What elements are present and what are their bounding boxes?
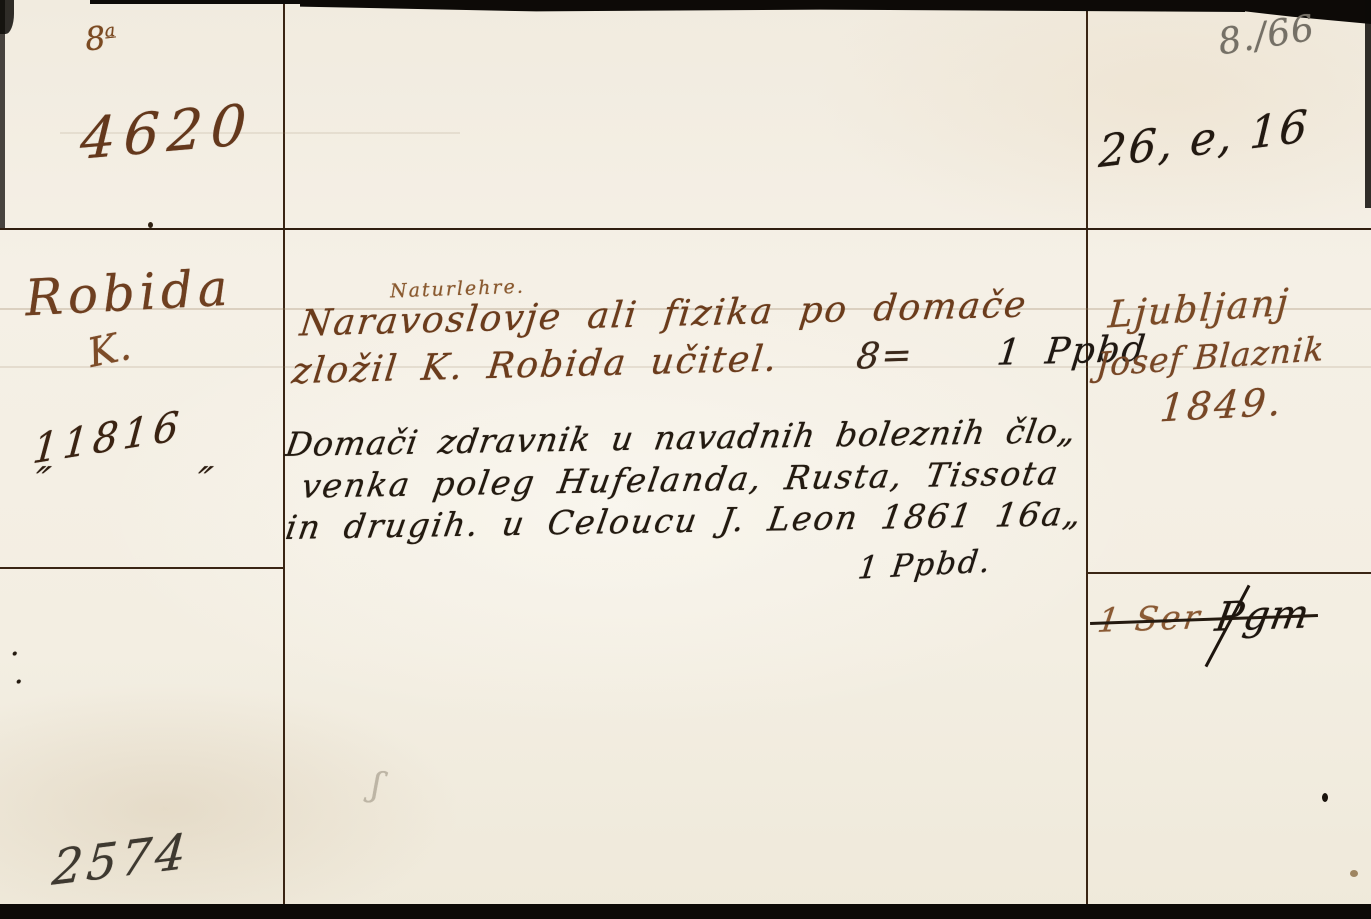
- entry2-title-line1: Domači zdravnik u navadnih boleznih člo„: [283, 414, 1079, 461]
- scan-edge-top-thin: [90, 0, 305, 4]
- bottom-pencil-number: 2574: [50, 827, 191, 893]
- inventory-number: 11816: [31, 406, 185, 471]
- ink-dot: ·: [14, 668, 24, 698]
- ditto-mark-right: ″: [191, 462, 215, 500]
- scan-edge-left: [0, 0, 5, 228]
- accession-number: 4620: [79, 97, 256, 169]
- scan-edge-top: [300, 0, 1245, 12]
- scan-edge-bottom: [0, 904, 1371, 919]
- location-mark: 26, e, 16: [1098, 105, 1311, 175]
- format-mark: 8a: [83, 20, 117, 55]
- faint-squiggle: ʃ: [370, 768, 384, 803]
- grid-horizontal-line-left-cell: [0, 567, 285, 569]
- imprint-year: 1849.: [1158, 383, 1285, 428]
- grid-horizontal-line-right-cell: [1086, 572, 1371, 574]
- scan-edge-right: [1365, 0, 1371, 208]
- grid-horizontal-line-top: [0, 228, 1371, 230]
- entry1-statement: zložil K. Robida učitel.: [290, 338, 781, 392]
- imprint-place: Ljubljanj: [1107, 284, 1291, 334]
- grid-vertical-line-right: [1086, 0, 1088, 905]
- speck: [148, 222, 153, 228]
- struck-note: 1 Ser Pgm: [1098, 594, 1328, 654]
- format-superscript: a: [104, 21, 117, 42]
- pencil-signature: 8./66: [1216, 11, 1318, 62]
- entry1-format: 8=: [854, 335, 916, 378]
- speck: [1322, 793, 1328, 802]
- author-surname: Robida: [24, 263, 234, 324]
- author-initial: K.: [84, 326, 134, 374]
- entry2-title-line3: in drugih. u Celoucu J. Leon 1861 16a„: [283, 497, 1085, 544]
- scan-corner-top-left: [0, 0, 14, 34]
- speck: [1350, 870, 1358, 877]
- entry2-copies: 1 Ppbd.: [856, 546, 993, 584]
- catalog-card: 8a 4620 8./66 26, e, 16 Robida K. 11816 …: [0, 0, 1371, 919]
